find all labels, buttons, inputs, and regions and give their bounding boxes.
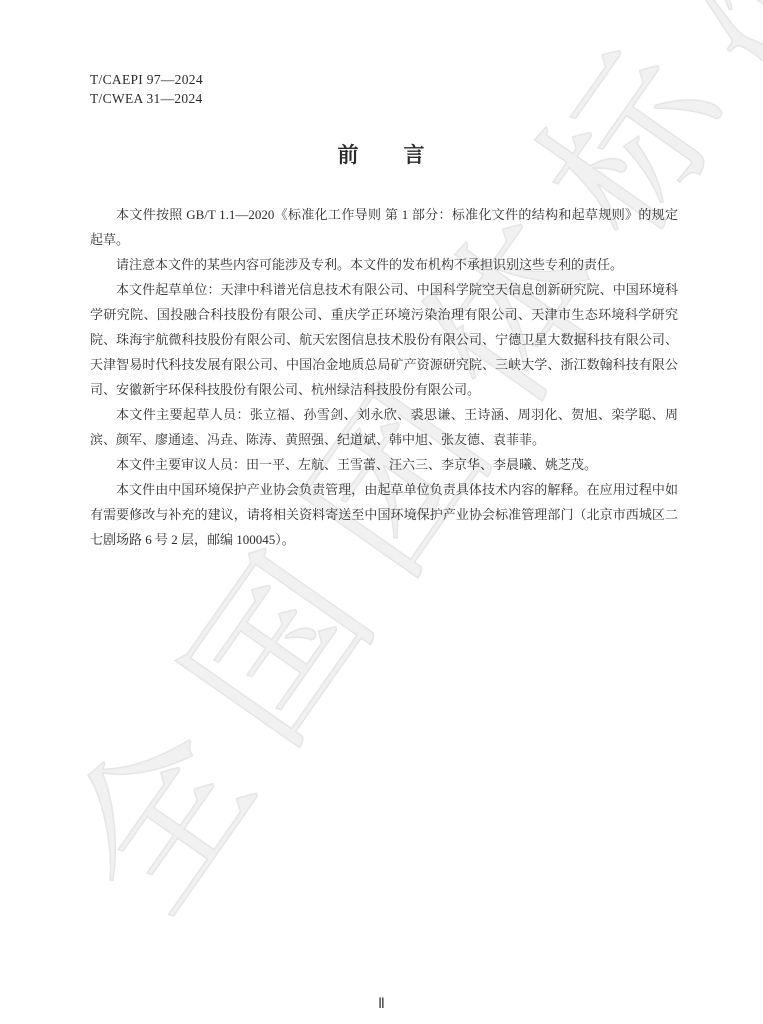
paragraph-drafting-basis: 本文件按照 GB/T 1.1—2020《标准化工作导则 第 1 部分：标准化文件… — [90, 202, 678, 252]
page-number: Ⅱ — [0, 996, 763, 1012]
paragraph-patent-notice: 请注意本文件的某些内容可能涉及专利。本文件的发布机构不承担识别这些专利的责任。 — [90, 252, 678, 277]
standard-code-caepi: T/CAEPI 97—2024 — [90, 70, 203, 89]
document-page: 全国团体标准信息平台 T/CAEPI 97—2024 T/CWEA 31—202… — [0, 0, 763, 1024]
paragraph-main-reviewers: 本文件主要审议人员：田一平、左航、王雪蕾、汪六三、李京华、李晨曦、姚芝茂。 — [90, 452, 678, 477]
foreword-body: 本文件按照 GB/T 1.1—2020《标准化工作导则 第 1 部分：标准化文件… — [90, 202, 678, 552]
paragraph-drafting-organizations: 本文件起草单位：天津中科谱光信息技术有限公司、中国科学院空天信息创新研究院、中国… — [90, 277, 678, 402]
paragraph-management-contact: 本文件由中国环境保护产业协会负责管理，由起草单位负责具体技术内容的解释。在应用过… — [90, 477, 678, 552]
page-title: 前 言 — [0, 139, 763, 169]
standard-codes-header: T/CAEPI 97—2024 T/CWEA 31—2024 — [90, 70, 203, 108]
standard-code-cwea: T/CWEA 31—2024 — [90, 89, 203, 108]
paragraph-main-drafters: 本文件主要起草人员：张立福、孙雪剑、刘永欣、裘思谦、王诗涵、周羽化、贺旭、栾学聪… — [90, 402, 678, 452]
